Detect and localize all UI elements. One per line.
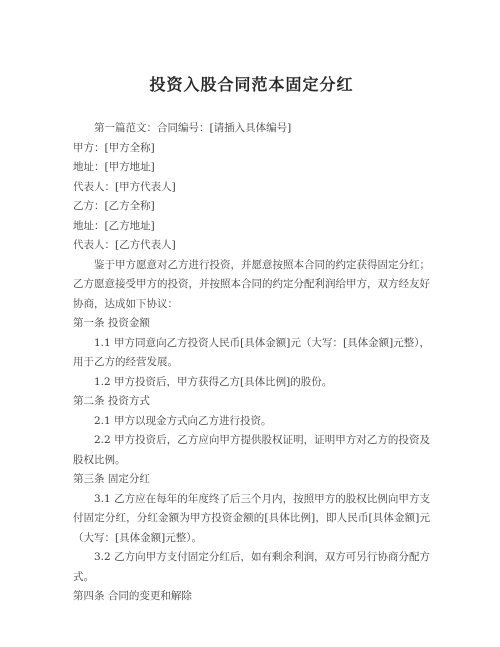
clause-2-2: 2.2 甲方投资后，乙方应向甲方提供股权证明，证明甲方对乙方的投资及股权比例。 — [73, 431, 430, 470]
section-heading-1: 第一条 投资金额 — [73, 314, 430, 334]
section-heading-4: 第四条 合同的变更和解除 — [73, 587, 430, 607]
clause-3-2: 3.2 乙方向甲方支付固定分红后，如有剩余利润，双方可另行协商分配方式。 — [73, 548, 430, 587]
party-line-jiafang-address: 地址：[甲方地址] — [73, 158, 430, 178]
clause-3-1: 3.1 乙方应在每年的年度终了后三个月内，按照甲方的股权比例向甲方支付固定分红，… — [73, 490, 430, 549]
party-line-jiafang-name: 甲方：[甲方全称] — [73, 139, 430, 159]
party-line-yifang-name: 乙方：[乙方全称] — [73, 197, 430, 217]
section-heading-3: 第三条 固定分红 — [73, 470, 430, 490]
contract-document: 投资入股合同范本固定分红 第一篇范文：合同编号：[请插入具体编号] 甲方：[甲方… — [0, 0, 500, 647]
section-heading-2: 第二条 投资方式 — [73, 392, 430, 412]
clause-1-1: 1.1 甲方同意向乙方投资人民币[具体金额]元（大写：[具体金额]元整），用于乙… — [73, 334, 430, 373]
intro-line: 第一篇范文：合同编号：[请插入具体编号] — [73, 119, 430, 139]
clause-1-2: 1.2 甲方投资后，甲方获得乙方[具体比例]的股份。 — [73, 373, 430, 393]
party-line-jiafang-representative: 代表人：[甲方代表人] — [73, 178, 430, 198]
document-title: 投资入股合同范本固定分红 — [73, 74, 430, 96]
preamble: 鉴于甲方愿意对乙方进行投资，并愿意按照本合同的约定获得固定分红；乙方愿意接受甲方… — [73, 256, 430, 315]
document-body: 第一篇范文：合同编号：[请插入具体编号] 甲方：[甲方全称] 地址：[甲方地址]… — [73, 119, 430, 607]
party-line-yifang-representative: 代表人：[乙方代表人] — [73, 236, 430, 256]
party-line-yifang-address: 地址：[乙方地址] — [73, 217, 430, 237]
clause-2-1: 2.1 甲方以现金方式向乙方进行投资。 — [73, 412, 430, 432]
